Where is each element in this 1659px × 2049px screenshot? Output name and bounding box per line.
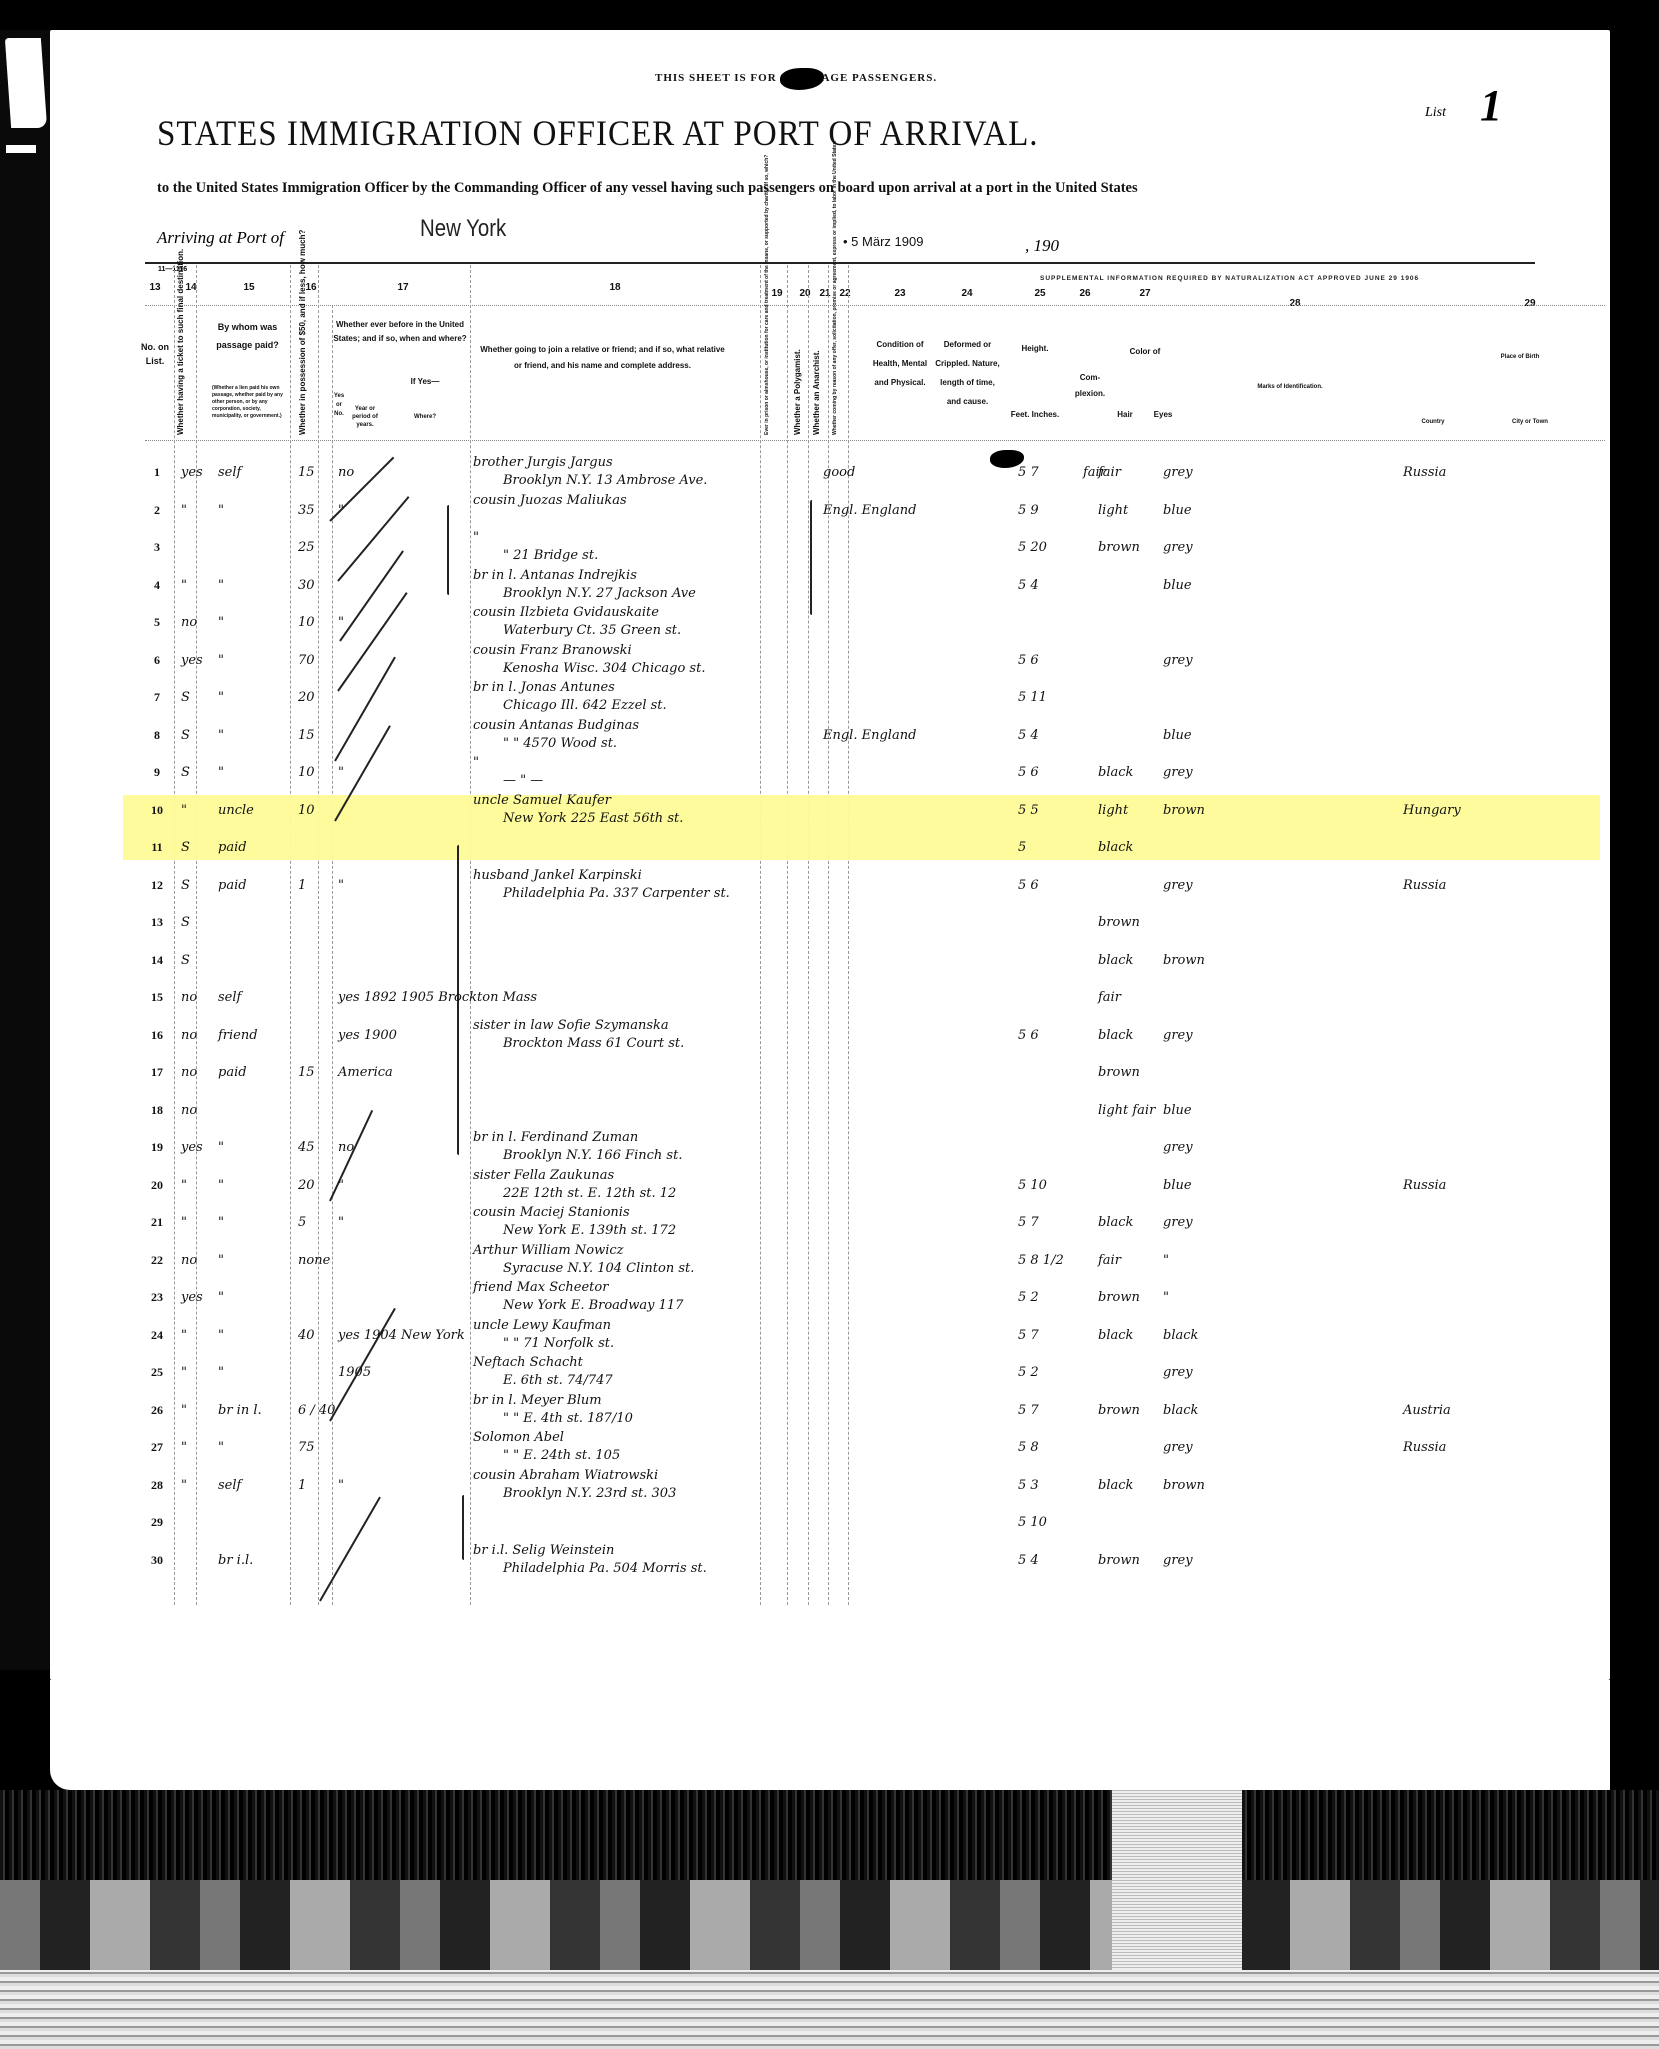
money-cell: 10 <box>298 615 315 630</box>
list-label: List <box>1425 105 1446 121</box>
row-number: 19 <box>143 1140 171 1155</box>
ticket-cell: S <box>181 915 190 930</box>
ticket-cell: " <box>181 1478 187 1493</box>
table-row: 10"uncle10uncle Samuel KauferNew York 22… <box>123 803 1600 839</box>
ticket-cell: S <box>181 728 190 743</box>
money-cell: 10 <box>298 803 315 818</box>
before-in-us-cell: " <box>338 1215 344 1230</box>
col-header-deformed: Deformed or Crippled. Nature, length of … <box>935 335 1000 411</box>
height-cell: 5 9 <box>1018 503 1039 518</box>
paid-by-cell: " <box>218 653 224 668</box>
list-number: 1 <box>1480 80 1502 131</box>
paid-by-cell: " <box>218 1215 224 1230</box>
paid-by-cell: " <box>218 1178 224 1193</box>
hair-cell: black <box>1098 1478 1133 1493</box>
table-row: 14Sblackbrown <box>123 953 1600 989</box>
paid-by-cell: " <box>218 615 224 630</box>
eyes-cell: brown <box>1163 953 1205 968</box>
height-cell: 5 8 1/2 <box>1018 1253 1064 1268</box>
height-cell: 5 11 <box>1018 690 1047 705</box>
tape-fragment <box>5 38 47 128</box>
before-in-us-cell: no <box>338 465 354 480</box>
paid-by-cell: self <box>218 990 241 1005</box>
row-number: 10 <box>143 803 171 818</box>
money-cell: 25 <box>298 540 315 555</box>
relative-cell: sister Fella Zaukunas <box>473 1168 614 1183</box>
hair-cell: fair <box>1098 465 1121 480</box>
relative-cell: husband Jankel Karpinski <box>473 868 642 883</box>
table-row: 11Spaid5black <box>123 840 1600 876</box>
hair-cell: black <box>1098 1215 1133 1230</box>
table-row: 22no"noneArthur William NowiczSyracuse N… <box>123 1253 1600 1289</box>
hair-cell: black <box>1098 765 1133 780</box>
money-cell: 35 <box>298 503 315 518</box>
ticket-cell: " <box>181 1440 187 1455</box>
eyes-cell: black <box>1163 1328 1198 1343</box>
relative-cell: br in l. Ferdinand Zuman <box>473 1130 638 1145</box>
address-cell: 22E 12th st. E. 12th st. 12 <box>503 1186 676 1201</box>
address-cell: Brooklyn N.Y. 166 Finch st. <box>503 1148 682 1163</box>
relative-cell: cousin Maciej Stanionis <box>473 1205 630 1220</box>
col-header-passage-paid: By whom was passage paid? <box>210 318 285 354</box>
paid-by-cell: " <box>218 1365 224 1380</box>
row-number: 21 <box>143 1215 171 1230</box>
before-in-us-cell: " <box>338 503 344 518</box>
address-cell: Syracuse N.Y. 104 Clinton st. <box>503 1261 694 1276</box>
row-number: 1 <box>143 465 171 480</box>
paid-by-cell: self <box>218 1478 241 1493</box>
row-number: 27 <box>143 1440 171 1455</box>
table-row: 295 10 <box>123 1515 1600 1551</box>
row-number: 23 <box>143 1290 171 1305</box>
hair-cell: black <box>1098 840 1133 855</box>
country-cell: Russia <box>1403 465 1446 480</box>
address-cell: New York 225 East 56th st. <box>503 811 683 826</box>
ticket-cell: " <box>181 503 187 518</box>
relative-cell: br i.l. Selig Weinstein <box>473 1543 614 1558</box>
table-row: 4""30br in l. Antanas IndrejkisBrooklyn … <box>123 578 1600 614</box>
table-row: 7S"20br in l. Jonas AntunesChicago Ill. … <box>123 690 1600 726</box>
hair-cell: brown <box>1098 1290 1140 1305</box>
table-row: 8S"15cousin Antanas Budginas" " 4570 Woo… <box>123 728 1600 764</box>
money-cell: 45 <box>298 1140 315 1155</box>
table-row: 25""1905Neftach SchachtE. 6th st. 74/747… <box>123 1365 1600 1401</box>
col-header-passage-note: (Whether a lien paid his own passage, wh… <box>212 385 284 420</box>
row-number: 2 <box>143 503 171 518</box>
address-cell: " " E. 4th st. 187/10 <box>503 1411 633 1426</box>
table-row: 13Sbrown <box>123 915 1600 951</box>
col-num-13: 13 <box>140 282 170 293</box>
row-number: 8 <box>143 728 171 743</box>
ticket-cell: S <box>181 840 190 855</box>
height-cell: 5 <box>1018 840 1026 855</box>
row-number: 26 <box>143 1403 171 1418</box>
ticket-cell: no <box>181 1103 197 1118</box>
paid-by-cell: " <box>218 503 224 518</box>
col-header-height-sub: Feet. Inches. <box>1005 408 1065 422</box>
height-cell: 5 6 <box>1018 878 1039 893</box>
table-row: 18nolight fairblue <box>123 1103 1600 1139</box>
height-cell: 5 6 <box>1018 1028 1039 1043</box>
address-cell: Brockton Mass 61 Court st. <box>503 1036 684 1051</box>
ticket-cell: " <box>181 803 187 818</box>
ticket-cell: no <box>181 1028 197 1043</box>
money-cell: 15 <box>298 465 315 480</box>
address-cell: " " 4570 Wood st. <box>503 736 617 751</box>
relative-cell: friend Max Scheetor <box>473 1280 608 1295</box>
country-cell: Russia <box>1403 1178 1446 1193</box>
relative-cell: cousin Ilzbieta Gvidauskaite <box>473 605 659 620</box>
paid-by-cell: " <box>218 765 224 780</box>
before-in-us-cell: " <box>338 765 344 780</box>
height-cell: 5 20 <box>1018 540 1047 555</box>
row-number: 15 <box>143 990 171 1005</box>
eyes-cell: grey <box>1163 878 1193 893</box>
paid-by-cell: paid <box>218 840 247 855</box>
table-row: 5no"10"cousin Ilzbieta GvidauskaiteWater… <box>123 615 1600 651</box>
health-cell: Engl. England <box>823 728 916 743</box>
table-row: 20""20"sister Fella Zaukunas22E 12th st.… <box>123 1178 1600 1214</box>
paid-by-cell: br in l. <box>218 1403 262 1418</box>
before-in-us-cell: no <box>338 1140 354 1155</box>
hair-cell: brown <box>1098 915 1140 930</box>
eyes-cell: grey <box>1163 765 1193 780</box>
country-cell: Hungary <box>1403 803 1461 818</box>
row-number: 9 <box>143 765 171 780</box>
eyes-cell: black <box>1163 1403 1198 1418</box>
before-in-us-cell: yes 1900 <box>338 1028 397 1043</box>
height-cell: 5 4 <box>1018 578 1039 593</box>
ticket-cell: yes <box>181 1290 203 1305</box>
eyes-cell: grey <box>1163 1215 1193 1230</box>
before-in-us-cell: " <box>338 1178 344 1193</box>
money-cell: 15 <box>298 728 315 743</box>
row-number: 24 <box>143 1328 171 1343</box>
table-row: 325"" 21 Bridge st.5 20browngrey <box>123 540 1600 576</box>
col-header-if-yes: If Yes— <box>395 375 455 389</box>
address-cell: Brooklyn N.Y. 13 Ambrose Ave. <box>503 473 707 488</box>
hair-cell: light <box>1098 803 1128 818</box>
ticket-cell: " <box>181 1328 187 1343</box>
col-header-prison: Ever in prison or almshouse, or institut… <box>764 315 770 435</box>
row-number: 30 <box>143 1553 171 1568</box>
col-header-polygamist: Whether a Polygamist. <box>793 315 802 435</box>
paid-by-cell: uncle <box>218 803 254 818</box>
row-number: 29 <box>143 1515 171 1530</box>
hair-cell: black <box>1098 1328 1133 1343</box>
relative-cell: br in l. Antanas Indrejkis <box>473 568 637 583</box>
ticket-cell: " <box>181 1178 187 1193</box>
relative-cell: cousin Abraham Wiatrowski <box>473 1468 658 1483</box>
money-cell: 15 <box>298 1065 315 1080</box>
paid-by-cell: " <box>218 1440 224 1455</box>
col-header-labor: Whether coming by reason of any offer, s… <box>832 315 838 435</box>
money-cell: 75 <box>298 1440 315 1455</box>
row-number: 16 <box>143 1028 171 1043</box>
relative-cell: Solomon Abel <box>473 1430 564 1445</box>
eyes-cell: grey <box>1163 1140 1193 1155</box>
date-stamp: • 5 März 1909 <box>843 234 923 249</box>
col-num-25: 25 <box>1025 288 1055 299</box>
eyes-cell: grey <box>1163 1365 1193 1380</box>
money-cell: 30 <box>298 578 315 593</box>
eyes-cell: " <box>1163 1290 1169 1305</box>
col-num-28: 28 <box>1280 298 1310 309</box>
address-cell: " " 71 Norfolk st. <box>503 1336 614 1351</box>
height-cell: 5 7 <box>1018 1403 1039 1418</box>
height-cell: 5 10 <box>1018 1178 1047 1193</box>
money-cell: 10 <box>298 765 315 780</box>
hair-cell: brown <box>1098 1065 1140 1080</box>
col-header-relative: Whether going to join a relative or frie… <box>480 342 725 374</box>
money-cell: none <box>298 1253 330 1268</box>
money-cell: 20 <box>298 690 315 705</box>
col-num-26: 26 <box>1070 288 1100 299</box>
relative-cell: uncle Samuel Kaufer <box>473 793 611 808</box>
row-number: 6 <box>143 653 171 668</box>
ticket-cell: " <box>181 578 187 593</box>
paid-by-cell: br i.l. <box>218 1553 253 1568</box>
col-header-city: City or Town <box>1495 415 1565 429</box>
col-header-where: Where? <box>410 410 440 424</box>
relative-cell: cousin Franz Branowski <box>473 643 632 658</box>
row-number: 14 <box>143 953 171 968</box>
row-number: 28 <box>143 1478 171 1493</box>
before-in-us-cell: " <box>338 878 344 893</box>
before-in-us-cell: America <box>338 1065 393 1080</box>
table-row: 26"br in l.6 / 40br in l. Meyer Blum" " … <box>123 1403 1600 1439</box>
table-row: 6yes"70cousin Franz BranowskiKenosha Wis… <box>123 653 1600 689</box>
col-num-29: 29 <box>1515 298 1545 309</box>
col-header-color-of: Color of <box>1120 345 1170 359</box>
col-header-ticket: Whether having a ticket to such final de… <box>176 315 185 435</box>
height-cell: 5 7 <box>1018 1215 1039 1230</box>
row-number: 7 <box>143 690 171 705</box>
relative-cell: br in l. Jonas Antunes <box>473 680 615 695</box>
relative-cell: Arthur William Nowicz <box>473 1243 624 1258</box>
row-number: 25 <box>143 1365 171 1380</box>
money-cell: 1 <box>298 1478 306 1493</box>
eyes-cell: grey <box>1163 653 1193 668</box>
height-cell: 5 7 <box>1018 1328 1039 1343</box>
col-num-18: 18 <box>600 282 630 293</box>
ticket-cell: no <box>181 1253 197 1268</box>
table-row: 23yes"friend Max ScheetorNew York E. Bro… <box>123 1290 1600 1326</box>
manifest-page-bottom-margin <box>50 1680 1610 1790</box>
ticket-cell: S <box>181 765 190 780</box>
eyes-cell: " <box>1163 1253 1169 1268</box>
height-cell: 5 10 <box>1018 1515 1047 1530</box>
eyes-cell: grey <box>1163 1553 1193 1568</box>
hair-cell: fair <box>1098 1253 1121 1268</box>
address-cell: Philadelphia Pa. 337 Carpenter st. <box>503 886 730 901</box>
hair-cell: light <box>1098 503 1128 518</box>
scan-border-right <box>1610 30 1659 1700</box>
col-header-anarchist: Whether an Anarchist. <box>812 315 821 435</box>
col-header-eyes: Eyes <box>1148 408 1178 422</box>
ticket-cell: S <box>181 690 190 705</box>
col-num-23: 23 <box>885 288 915 299</box>
table-row: 24""40yes 1904 New Yorkuncle Lewy Kaufma… <box>123 1328 1600 1364</box>
height-cell: 5 3 <box>1018 1478 1039 1493</box>
table-row: 16nofriendyes 1900sister in law Sofie Sz… <box>123 1028 1600 1064</box>
row-number: 3 <box>143 540 171 555</box>
height-cell: 5 7 <box>1018 465 1039 480</box>
hair-cell: light fair <box>1098 1103 1155 1118</box>
eyes-cell: grey <box>1163 540 1193 555</box>
height-cell: 5 4 <box>1018 1553 1039 1568</box>
supplemental-note: SUPPLEMENTAL INFORMATION REQUIRED BY NAT… <box>1040 275 1419 282</box>
address-cell: Brooklyn N.Y. 27 Jackson Ave <box>503 586 696 601</box>
col-num-17: 17 <box>388 282 418 293</box>
arriving-label: Arriving at Port of <box>157 228 284 248</box>
paid-by-cell: " <box>218 1253 224 1268</box>
eyes-cell: blue <box>1163 728 1192 743</box>
row-number: 22 <box>143 1253 171 1268</box>
table-row: 1yesself15nobrother Jurgis JargusBrookly… <box>123 465 1600 501</box>
address-cell: Kenosha Wisc. 304 Chicago st. <box>503 661 705 676</box>
scan-border-left <box>0 30 50 1670</box>
table-row: 12Spaid1"husband Jankel KarpinskiPhilade… <box>123 878 1600 914</box>
hair-cell: fair <box>1098 990 1121 1005</box>
paid-by-cell: " <box>218 1140 224 1155</box>
row-number: 18 <box>143 1103 171 1118</box>
hair-cell: black <box>1098 953 1133 968</box>
height-cell: 5 8 <box>1018 1440 1039 1455</box>
row-number: 5 <box>143 615 171 630</box>
address-cell: " " E. 24th st. 105 <box>503 1448 620 1463</box>
col-header-height: Height. <box>1010 342 1060 356</box>
table-row: 9S"10""— " —5 6blackgrey <box>123 765 1600 801</box>
eyes-cell: grey <box>1163 465 1193 480</box>
address-cell: Brooklyn N.Y. 23rd st. 303 <box>503 1486 676 1501</box>
relative-cell: sister in law Sofie Szymanska <box>473 1018 669 1033</box>
col-header-yes-no: Yes or No. <box>333 392 345 419</box>
eyes-cell: blue <box>1163 1103 1192 1118</box>
paid-by-cell: " <box>218 1328 224 1343</box>
tape-fragment-small <box>6 145 36 153</box>
ticket-cell: no <box>181 1065 197 1080</box>
before-in-us-cell: " <box>338 1478 344 1493</box>
row-number: 20 <box>143 1178 171 1193</box>
eyes-cell: grey <box>1163 1028 1193 1043</box>
ticket-cell: yes <box>181 465 203 480</box>
paid-by-cell: friend <box>218 1028 258 1043</box>
form-subtitle: to the United States Immigration Officer… <box>157 180 1138 197</box>
height-cell: 5 2 <box>1018 1290 1039 1305</box>
relative-cell: brother Jurgis Jargus <box>473 455 613 470</box>
eyes-cell: blue <box>1163 578 1192 593</box>
relative-cell: " <box>473 755 479 770</box>
table-row: 27""75Solomon Abel" " E. 24th st. 1055 8… <box>123 1440 1600 1476</box>
height-cell: 5 2 <box>1018 1365 1039 1380</box>
col-header-health: Condition of Health, Mental and Physical… <box>870 335 930 392</box>
address-cell: — " — <box>503 773 543 788</box>
address-cell: E. 6th st. 74/747 <box>503 1373 613 1388</box>
ticket-cell: " <box>181 1365 187 1380</box>
table-row: 2""35"cousin Juozas MaliukasEngl. Englan… <box>123 503 1600 539</box>
col-header-country: Country <box>1408 415 1458 429</box>
address-cell: Chicago Ill. 642 Ezzel st. <box>503 698 667 713</box>
relative-cell: Neftach Schacht <box>473 1355 583 1370</box>
paid-by-cell: " <box>218 728 224 743</box>
ticket-cell: yes <box>181 653 203 668</box>
before-in-us-cell: 1905 <box>338 1365 371 1380</box>
money-cell: 40 <box>298 1328 315 1343</box>
before-in-us-cell: yes 1892 1905 Brockton Mass <box>338 990 537 1005</box>
before-in-us-cell: " <box>338 615 344 630</box>
ticket-cell: no <box>181 615 197 630</box>
country-cell: Austria <box>1403 1403 1451 1418</box>
eyes-cell: blue <box>1163 1178 1192 1193</box>
health-cell: good <box>823 465 855 480</box>
relative-cell: " <box>473 530 479 545</box>
paid-by-cell: " <box>218 578 224 593</box>
header-rule <box>145 262 1535 264</box>
paid-by-cell: self <box>218 465 241 480</box>
port-name: New York <box>420 215 506 243</box>
money-cell: 70 <box>298 653 315 668</box>
col-header-marks: Marks of Identification. <box>1230 380 1350 394</box>
country-cell: Russia <box>1403 878 1446 893</box>
col-header-complexion: Com-plexion. <box>1070 370 1110 402</box>
col-header-before-in-us: Whether ever before in the United States… <box>330 318 470 346</box>
page-title: STATES IMMIGRATION OFFICER AT PORT OF AR… <box>157 112 1038 154</box>
hair-cell: brown <box>1098 1553 1140 1568</box>
address-cell: New York E. 139th st. 172 <box>503 1223 676 1238</box>
table-row: 17nopaid15Americabrown <box>123 1065 1600 1101</box>
country-cell: Russia <box>1403 1440 1446 1455</box>
row-number: 17 <box>143 1065 171 1080</box>
eyes-cell: grey <box>1163 1440 1193 1455</box>
relative-cell: uncle Lewy Kaufman <box>473 1318 611 1333</box>
col-num-27: 27 <box>1130 288 1160 299</box>
col-num-15: 15 <box>234 282 264 293</box>
paid-by-cell: " <box>218 690 224 705</box>
table-row: 15noselfyes 1892 1905 Brockton Massfair <box>123 990 1600 1026</box>
paid-by-cell: paid <box>218 1065 247 1080</box>
money-cell: 20 <box>298 1178 315 1193</box>
hair-cell: brown <box>1098 1403 1140 1418</box>
col-num-24: 24 <box>952 288 982 299</box>
col-header-birthplace: Place of Birth <box>1480 350 1560 364</box>
money-cell: 5 <box>298 1215 306 1230</box>
height-cell: 5 6 <box>1018 765 1039 780</box>
height-cell: 5 6 <box>1018 653 1039 668</box>
eyes-cell: brown <box>1163 803 1205 818</box>
address-cell: " 21 Bridge st. <box>503 548 598 563</box>
relative-cell: br in l. Meyer Blum <box>473 1393 602 1408</box>
col-header-money: Whether in possession of $50, and if les… <box>298 315 307 435</box>
ticket-cell: yes <box>181 1140 203 1155</box>
address-cell: New York E. Broadway 117 <box>503 1298 683 1313</box>
ticket-cell: S <box>181 953 190 968</box>
col-header-year: Year or period of years. <box>350 405 380 429</box>
health-cell: Engl. England <box>823 503 916 518</box>
paid-by-cell: " <box>218 1290 224 1305</box>
scan-noise-bottom <box>0 1790 1659 2049</box>
row-number: 4 <box>143 578 171 593</box>
money-cell: 1 <box>298 878 306 893</box>
relative-cell: cousin Juozas Maliukas <box>473 493 627 508</box>
eyes-cell: brown <box>1163 1478 1205 1493</box>
address-cell: Waterbury Ct. 35 Green st. <box>503 623 681 638</box>
hair-cell: black <box>1098 1028 1133 1043</box>
eyes-cell: blue <box>1163 503 1192 518</box>
height-cell: 5 5 <box>1018 803 1039 818</box>
table-row: 28"self1"cousin Abraham WiatrowskiBrookl… <box>123 1478 1600 1514</box>
row-number: 12 <box>143 878 171 893</box>
